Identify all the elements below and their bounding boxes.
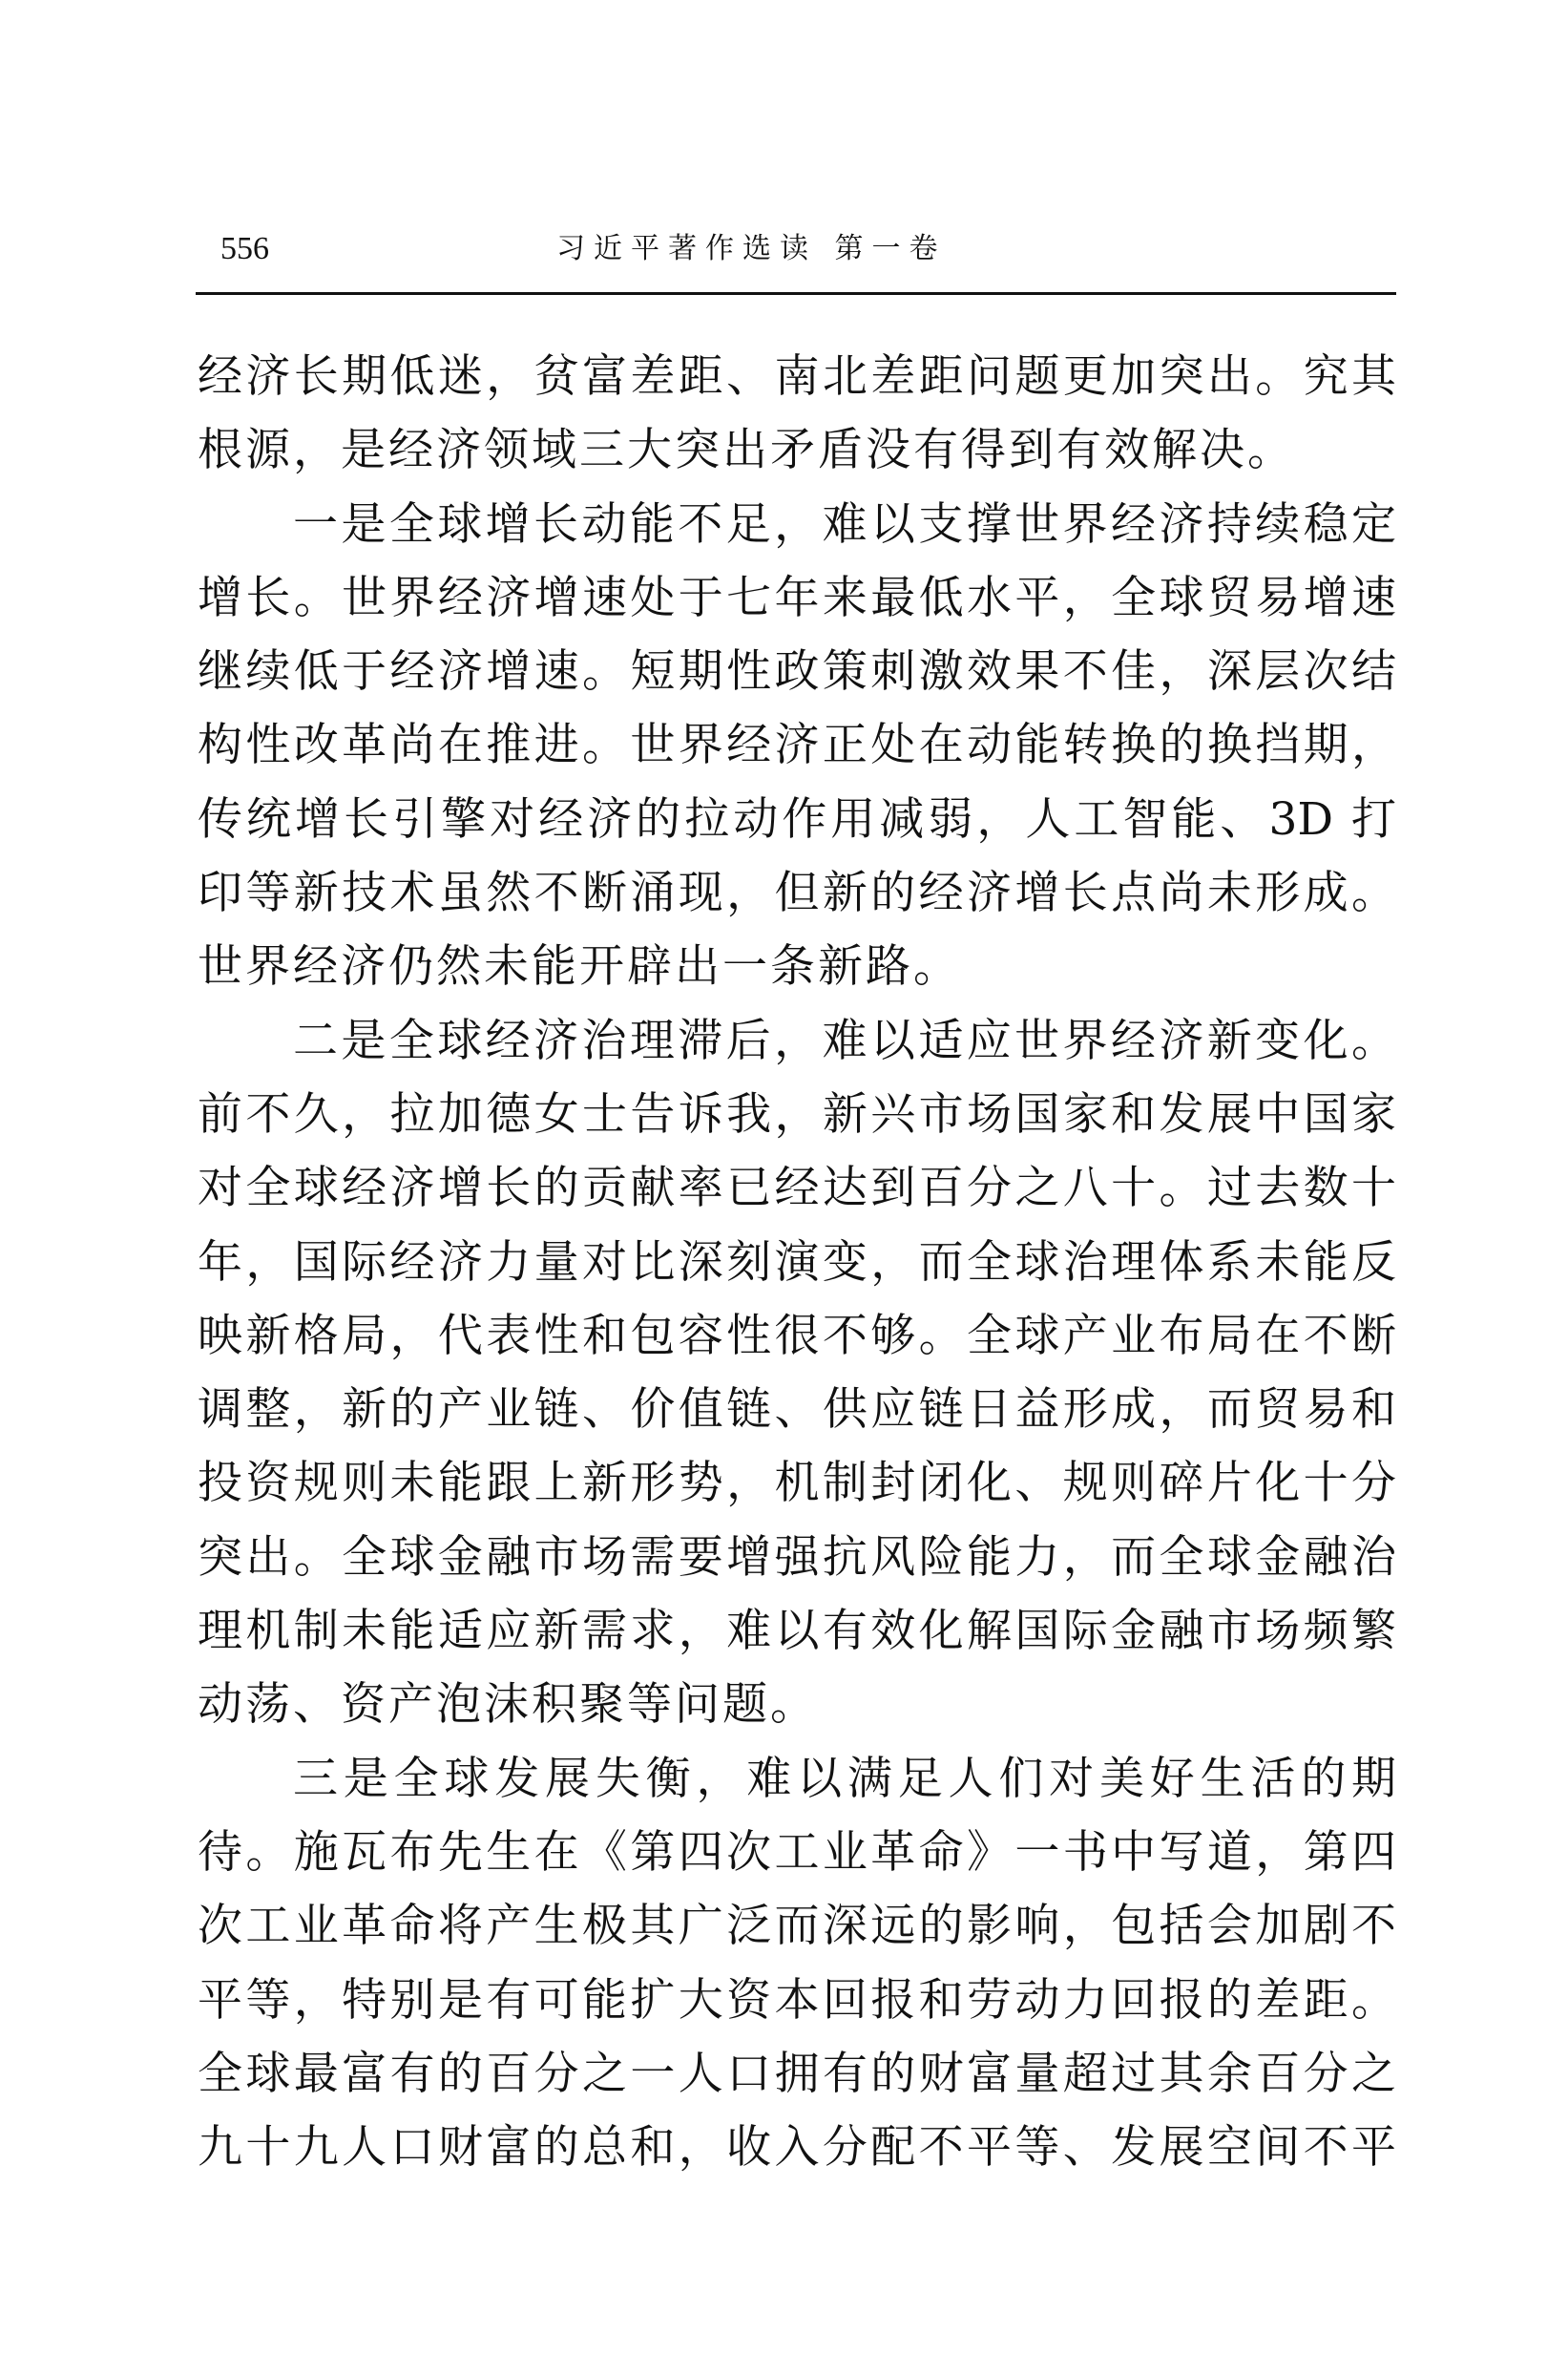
text-line: 待。施瓦布先生在《第四次工业革命》一书中写道，第四: [198, 1816, 1396, 1889]
text-line: 根源，是经济领域三大突出矛盾没有得到有效解决。: [198, 413, 1396, 487]
text-line: 传统增长引擎对经济的拉动作用减弱，人工智能、3D 打: [198, 783, 1396, 856]
text-line: 前不久，拉加德女士告诉我，新兴市场国家和发展中国家: [198, 1078, 1396, 1151]
text-line: 映新格局，代表性和包容性很不够。全球产业布局在不断: [198, 1299, 1396, 1373]
text-line: 动荡、资产泡沫积聚等问题。: [198, 1668, 1396, 1741]
text-line: 理机制未能适应新需求，难以有效化解国际金融市场频繁: [198, 1594, 1396, 1668]
text-line: 对全球经济增长的贡献率已经达到百分之八十。过去数十: [198, 1151, 1396, 1225]
text-line: 继续低于经济增速。短期性政策刺激效果不佳，深层次结: [198, 635, 1396, 708]
text-line: 世界经济仍然未能开辟出一条新路。: [198, 930, 1396, 1003]
text-line: 调整，新的产业链、价值链、供应链日益形成，而贸易和: [198, 1373, 1396, 1446]
text-line: 二是全球经济治理滞后，难以适应世界经济新变化。: [198, 1004, 1396, 1078]
text-line: 印等新技术虽然不断涌现，但新的经济增长点尚未形成。: [198, 856, 1396, 930]
text-line: 三是全球发展失衡，难以满足人们对美好生活的期: [198, 1742, 1396, 1816]
text-line: 一是全球增长动能不足，难以支撑世界经济持续稳定: [198, 488, 1396, 561]
text-line: 次工业革命将产生极其广泛而深远的影响，包括会加剧不: [198, 1889, 1396, 1963]
page-header: 556 习近平著作选读 第一卷: [198, 225, 1395, 273]
text-line: 经济长期低迷，贫富差距、南北差距问题更加突出。究其: [198, 340, 1396, 413]
text-line: 投资规则未能跟上新形势，机制封闭化、规则碎片化十分: [198, 1446, 1396, 1520]
text-line: 全球最富有的百分之一人口拥有的财富量超过其余百分之: [198, 2037, 1396, 2111]
page-number: 556: [220, 225, 269, 273]
text-line: 突出。全球金融市场需要增强抗风险能力，而全球金融治: [198, 1521, 1396, 1594]
header-rule: [196, 292, 1396, 295]
text-line: 年，国际经济力量对比深刻演变，而全球治理体系未能反: [198, 1226, 1396, 1299]
text-line: 九十九人口财富的总和，收入分配不平等、发展空间不平: [198, 2111, 1396, 2184]
text-line: 平等，特别是有可能扩大资本回报和劳动力回报的差距。: [198, 1964, 1396, 2037]
body-text: 经济长期低迷，贫富差距、南北差距问题更加突出。究其 根源，是经济领域三大突出矛盾…: [198, 340, 1396, 2184]
running-title: 习近平著作选读 第一卷: [556, 225, 957, 273]
text-line: 构性改革尚在推进。世界经济正处在动能转换的换挡期，: [198, 708, 1396, 782]
text-line: 增长。世界经济增速处于七年来最低水平，全球贸易增速: [198, 561, 1396, 635]
